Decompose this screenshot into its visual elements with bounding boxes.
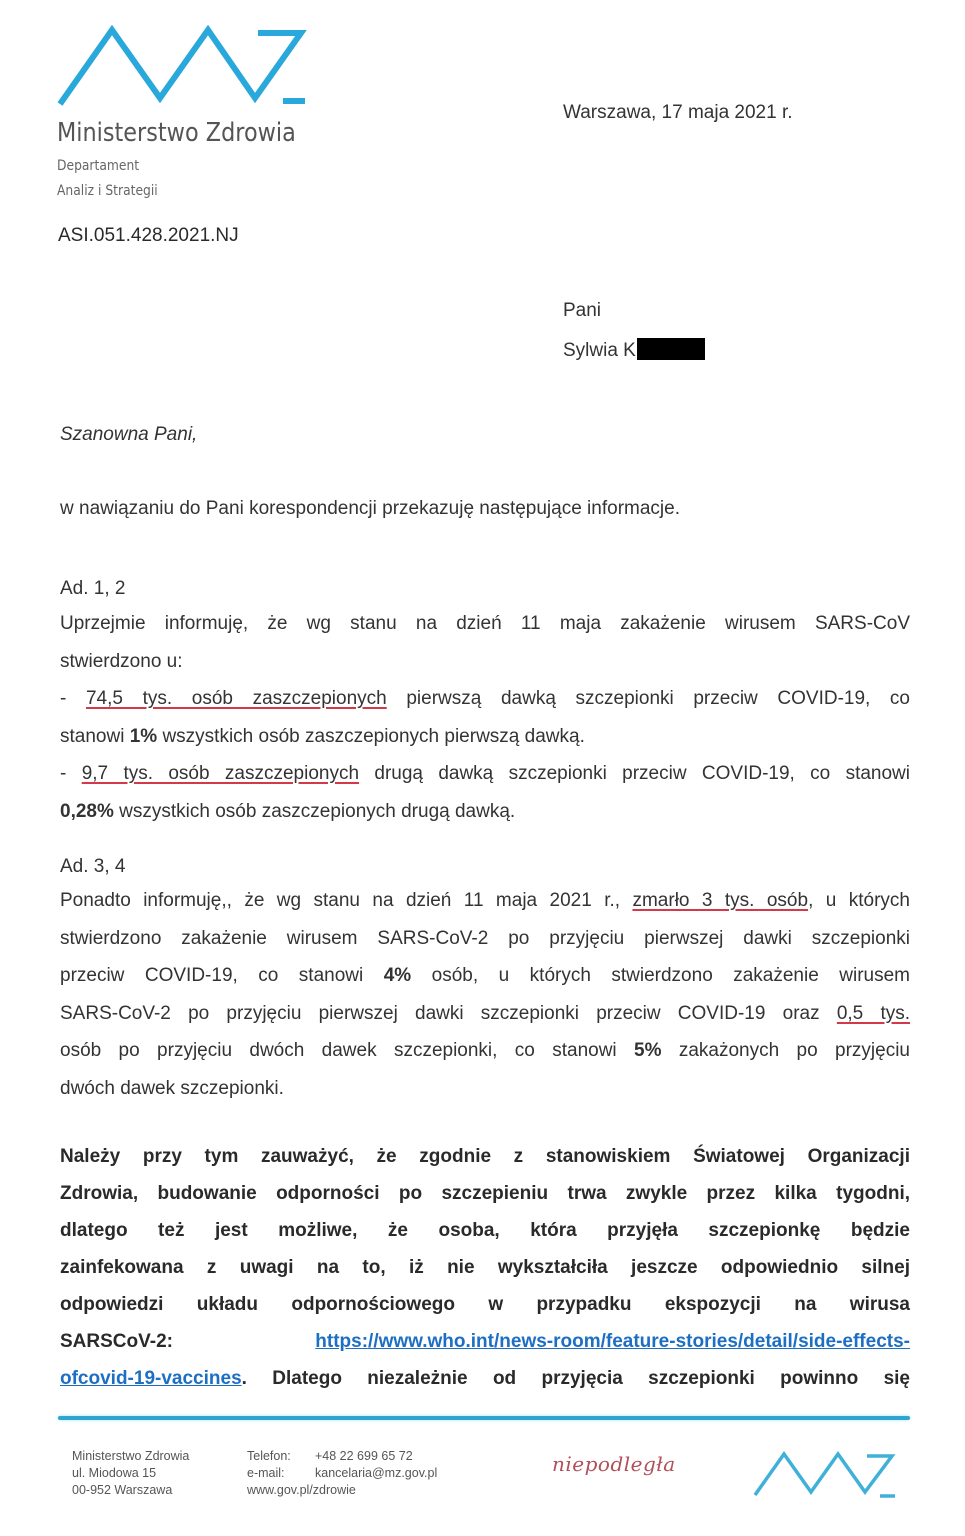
text-line: Uprzejmie informuję, że wg stanu na dzie… [60, 605, 910, 643]
highlighted-figure: 0,5 tys. [837, 1003, 910, 1024]
section-heading: Ad. 3, 4 [60, 848, 910, 886]
text-line: stanowi 1% wszystkich osób zaszczepionyc… [60, 718, 910, 756]
section-b-body: Ponadto informuję,, że wg stanu na dzień… [60, 882, 910, 1107]
text-line: 0,28% wszystkich osób zaszczepionych dru… [60, 793, 910, 831]
mz-logo-icon [55, 22, 315, 112]
place-date: Warszawa, 17 maja 2021 r. [563, 102, 793, 124]
footer-phone: +48 22 699 65 72 [315, 1448, 437, 1465]
text-line: Zdrowia, budowanie odporności po szczepi… [60, 1175, 910, 1212]
text-line: SARS-CoV-2 po przyjęciu pierwszej dawki … [60, 995, 910, 1033]
mz-logo-icon [752, 1448, 902, 1500]
text-line: przeciw COVID-19, co stanowi 4% osób, u … [60, 957, 910, 995]
text-line: Ponadto informuję,, że wg stanu na dzień… [60, 882, 910, 920]
text-line: stwierdzono u: [60, 643, 910, 681]
intro-paragraph: w nawiązaniu do Pani korespondencji prze… [60, 498, 680, 520]
highlighted-figure: zmarło 3 tys. osób [632, 890, 808, 911]
footer-contact-labels: Telefon: e-mail: [247, 1448, 291, 1482]
list-item: - 9,7 tys. osób zaszczepionych drugą daw… [60, 755, 910, 793]
who-link-continued[interactable]: ofcovid-19-vaccines [60, 1368, 242, 1389]
section-a-body: Uprzejmie informuję, że wg stanu na dzie… [60, 605, 910, 830]
highlighted-figure: 9,7 tys. osób zaszczepionych [82, 763, 359, 784]
text-line: SARSCoV-2: https://www.who.int/news-room… [60, 1323, 910, 1360]
department-line: Analiz i Strategii [57, 183, 158, 199]
list-item: - 74,5 tys. osób zaszczepionych pierwszą… [60, 680, 910, 718]
salutation: Szanowna Pani, [60, 424, 197, 446]
footer-divider [58, 1416, 910, 1420]
text-line: dwóch dawek szczepionki. [60, 1070, 910, 1108]
department-line: Departament [57, 158, 139, 174]
recipient-name-text: Sylwia K [563, 340, 636, 361]
footer-contact-values: +48 22 699 65 72 kancelaria@mz.gov.pl [315, 1448, 437, 1482]
text-line: zainfekowana z uwagi na to, iż nie wyksz… [60, 1249, 910, 1286]
who-paragraph: Należy przy tym zauważyć, że zgodnie z s… [60, 1138, 910, 1397]
reference-number: ASI.051.428.2021.NJ [58, 225, 239, 247]
recipient-name: Sylwia K [563, 338, 705, 362]
niepodlegla-signature: niepodległa [552, 1452, 676, 1476]
text-line: dlatego też jest możliwe, że osoba, któr… [60, 1212, 910, 1249]
who-link[interactable]: https://www.who.int/news-room/feature-st… [315, 1331, 910, 1352]
text-line: osób po przyjęciu dwóch dawek szczepionk… [60, 1032, 910, 1070]
text-line: Należy przy tym zauważyć, że zgodnie z s… [60, 1138, 910, 1175]
redaction-bar [637, 338, 705, 360]
recipient-title: Pani [563, 300, 601, 322]
text-line: stwierdzono zakażenie wirusem SARS-CoV-2… [60, 920, 910, 958]
footer-address: Ministerstwo Zdrowia ul. Miodowa 15 00-9… [72, 1448, 189, 1499]
section-heading: Ad. 1, 2 [60, 570, 910, 608]
ministry-name: Ministerstwo Zdrowia [57, 118, 296, 148]
footer-email[interactable]: kancelaria@mz.gov.pl [315, 1465, 437, 1482]
text-line: odpowiedzi układu odpornościowego w przy… [60, 1286, 910, 1323]
footer-website[interactable]: www.gov.pl/zdrowie [247, 1482, 356, 1499]
highlighted-figure: 74,5 tys. osób zaszczepionych [86, 688, 387, 709]
text-line: ofcovid-19-vaccines. Dlatego niezależnie… [60, 1360, 910, 1397]
